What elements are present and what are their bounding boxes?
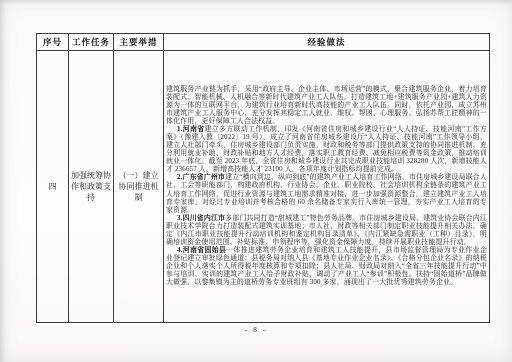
col-header-task: 工作任务 xyxy=(69,34,114,51)
experience-text: 建立多方联动工作机制，印发《河南省住房和城乡建设行业“人人持证、技能河南”工作方… xyxy=(166,126,487,173)
experience-text: 建筑服务产业链为抓手，采用“政府主导、企业主体、市场运营”的模式，聚合建筑服务企… xyxy=(166,86,487,125)
cell-task: 加强统筹协作和政策支持 xyxy=(69,51,114,323)
table-row: 四 加强统筹协作和政策支持 （一）建立协同推进机制 建筑服务产业链为抓手，采用“… xyxy=(37,51,490,323)
col-header-experience: 经验做法 xyxy=(164,34,490,51)
experience-lead: 3.四川省内江市 xyxy=(177,215,225,222)
experience-lead: 1.河南省 xyxy=(177,126,205,133)
cell-index: 四 xyxy=(37,51,69,323)
document-page: 序号 工作任务 主要举措 经验做法 四 加强统筹协作和政策支持 （一）建立协同推… xyxy=(0,0,512,362)
experience-paragraph: 3.四川省内江市多部门共同打造“甜城建工”特色劳务品牌。市住房城乡建设局、建筑业… xyxy=(166,215,487,247)
scan-edge xyxy=(0,0,512,5)
experience-table: 序号 工作任务 主要举措 经验做法 四 加强统筹协作和政策支持 （一）建立协同推… xyxy=(36,33,490,323)
table-header-row: 序号 工作任务 主要举措 经验做法 xyxy=(37,34,490,51)
experience-paragraph: 建筑服务产业链为抓手，采用“政府主导、企业主体、市场运营”的模式，聚合建筑服务企… xyxy=(166,86,487,126)
scan-edge xyxy=(0,0,6,362)
experience-lead: 2.广东省广州市 xyxy=(177,174,225,181)
experience-paragraph: 2.广东省广州市建立“横向到边、纵向到底”的建筑产业工人培育工作网络，市住房城乡… xyxy=(166,174,487,214)
experience-paragraph: 1.河南省建立多方联动工作机制，印发《河南省住房和城乡建设行业“人人持证、技能河… xyxy=(166,126,487,174)
experience-paragraph: 4.河南省固始县一体推进建筑劳务企业培育和建筑工人技能提升，县市场监督管理局为专… xyxy=(166,247,487,287)
page-number: - 8 - xyxy=(0,325,512,334)
cell-experience: 建筑服务产业链为抓手，采用“政府主导、企业主体、市场运营”的模式，聚合建筑服务企… xyxy=(164,51,490,323)
cell-measure: （一）建立协同推进机制 xyxy=(114,51,164,323)
col-header-index: 序号 xyxy=(37,34,69,51)
col-header-measure: 主要举措 xyxy=(114,34,164,51)
experience-lead: 4.河南省固始县 xyxy=(177,247,226,254)
